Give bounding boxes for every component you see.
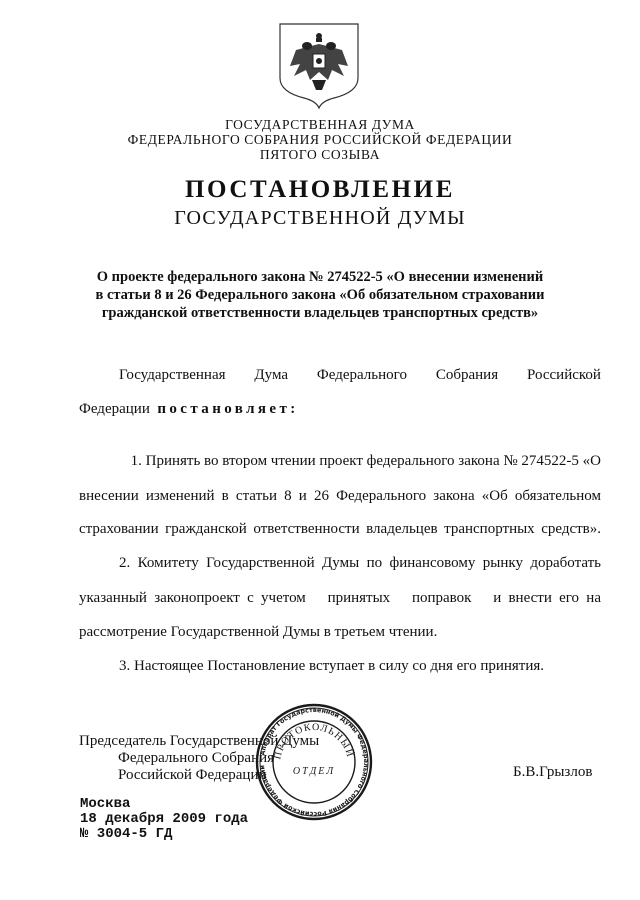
subject-line-1: О проекте федерального закона № 274522-5… xyxy=(0,268,640,286)
signatory-name: Б.В.Грызлов xyxy=(513,764,592,781)
preamble-line-2: Федерации постановляет: xyxy=(79,401,299,418)
preamble-word: Собрания xyxy=(436,367,498,384)
item-1-line-1: 1. Принять во втором чтении проект федер… xyxy=(119,453,601,470)
stamp-inner-text: ПРОТОКОЛЬНЫЙ xyxy=(272,722,356,761)
item-2-line-1: 2. Комитету Государственной Думы по фина… xyxy=(119,555,601,572)
resolves-word: постановляет: xyxy=(157,401,298,417)
item-1-line-3: страховании гражданской ответственности … xyxy=(79,521,601,538)
preamble-word: Государственная xyxy=(119,367,226,384)
item-2-line-2: указанный законопроект с учетом принятых… xyxy=(79,590,601,607)
subject-line-3: гражданской ответственности владельцев т… xyxy=(0,304,640,322)
preamble-word: Российской xyxy=(527,367,601,384)
subject-line-2: в статьи 8 и 26 Федерального закона «Об … xyxy=(0,286,640,304)
item-3-line-1: 3. Настоящее Постановление вступает в си… xyxy=(119,658,544,675)
item-2-line-3: рассмотрение Государственной Думы в трет… xyxy=(79,624,437,641)
official-stamp-icon: Аппарат Государственной Думы Федеральног… xyxy=(254,702,374,822)
stamp-center-text: ОТДЕЛ xyxy=(293,766,335,777)
preamble-line-1: Государственная Дума Федерального Собран… xyxy=(119,367,601,384)
date: 18 декабря 2009 года xyxy=(80,812,248,827)
preamble-word: Федерального xyxy=(317,367,407,384)
svg-text:ПРОТОКОЛЬНЫЙ: ПРОТОКОЛЬНЫЙ xyxy=(272,722,356,761)
document-title: ПОСТАНОВЛЕНИЕ xyxy=(0,176,640,204)
signatory-position-line-3: Российской Федерации xyxy=(118,767,267,784)
coat-of-arms-icon xyxy=(276,20,362,110)
signatory-position-line-2: Федерального Собрания xyxy=(118,750,274,767)
city: Москва xyxy=(80,797,130,812)
header-line-duma: ГОСУДАРСТВЕННАЯ ДУМА xyxy=(0,117,640,132)
item-1-line-2: внесении изменений в статьи 8 и 26 Федер… xyxy=(79,488,601,505)
preamble-word: Дума xyxy=(254,367,288,384)
header-line-assembly: ФЕДЕРАЛЬНОГО СОБРАНИЯ РОССИЙСКОЙ ФЕДЕРАЦ… xyxy=(0,132,640,147)
document-number: № 3004-5 ГД xyxy=(80,827,172,842)
document-subtitle: ГОСУДАРСТВЕННОЙ ДУМЫ xyxy=(0,207,640,230)
header-line-convocation: ПЯТОГО СОЗЫВА xyxy=(0,147,640,162)
